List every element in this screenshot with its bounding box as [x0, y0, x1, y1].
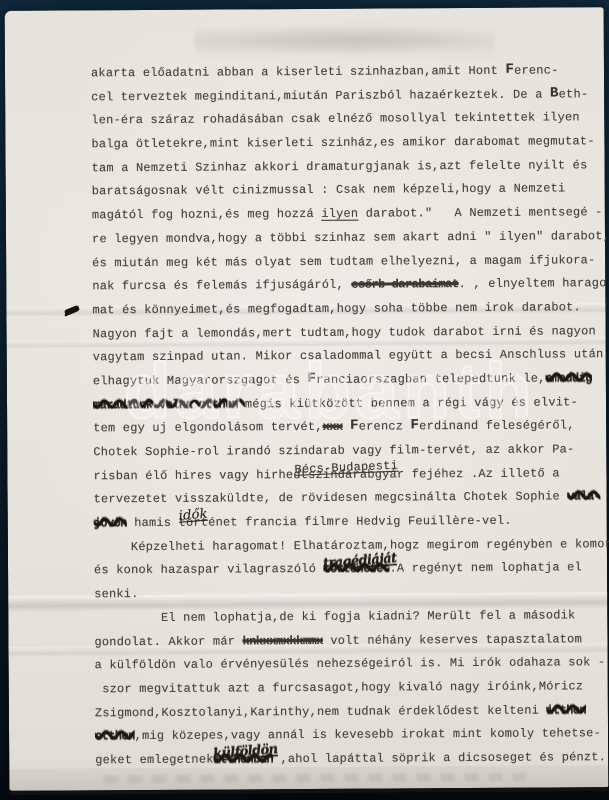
text-segment: Nagyon fajt a lemondás,mert tudtam,hogy …	[93, 324, 596, 341]
text-segment: baratságosnak vélt cinizmussal : Csak ne…	[92, 182, 566, 199]
typed-struck-text: esőrb darabaimat	[351, 277, 458, 292]
text-segment	[343, 420, 350, 434]
text-segment: El nem lophatja,de ki fogja kiadni? Merü…	[94, 608, 575, 625]
typed-insertion: Bécs-Budapesti	[294, 459, 398, 475]
text-segment: nak furcsa és felemás ifjuságáról,	[92, 278, 351, 294]
text-segment: elhagytuk Magyarorszgagot és	[93, 373, 308, 388]
typed-line: nak furcsa és felemás ifjuságáról, esőrb…	[92, 272, 605, 299]
text-segment: tam a Nemzeti Szinhaz akkori dramaturgja…	[92, 158, 588, 175]
text-segment: erenc-	[514, 63, 559, 77]
text-segment: szor megvitattuk azt a furcsasagot,hogy …	[95, 679, 584, 696]
typed-line: a külföldön valo érvényesülés nehezségei…	[95, 651, 608, 678]
typed-line: elhagytuk Magyarorszgagot és Franciaorsz…	[93, 367, 606, 394]
typed-line: re legyen mondva,hogy a többi szinhaz se…	[92, 225, 605, 252]
typed-lines: akarta előadatni abban a kiserleti szinh…	[91, 59, 608, 773]
text-segment: eth-	[559, 87, 589, 101]
typed-line: jövőn hamis történet francia filmre Hedv…	[94, 509, 607, 536]
text-segment: ilyen	[321, 207, 358, 221]
ink-bleed-ghost-top	[195, 20, 495, 62]
text-segment: magától fog hozni,és meg hozzá	[92, 207, 322, 222]
text-segment: tervezetet visszaküldte, de rövidesen me…	[94, 490, 568, 507]
text-segment: geket emlegetnek	[95, 753, 214, 768]
text-segment: ranciaorszagban telepedtunk le,	[316, 371, 546, 386]
text-segment: mégis kiütközött bennem a régi vágy és e…	[245, 395, 578, 411]
typed-line: geket emlegetnekitthonbankülföldön ,ahol…	[95, 746, 608, 773]
text-segment: .A regényt nem lophatja el	[389, 561, 582, 576]
text-segment: volt néhány keserves tapasztalatom	[323, 632, 582, 648]
typed-line: len-éra száraz rohadásában csak elnéző m…	[91, 107, 604, 134]
text-segment: és konok hazaspar vilagraszóló	[94, 562, 324, 577]
pen-struck-text: otthon	[95, 729, 135, 743]
text-segment: senki.	[94, 587, 139, 601]
typed-line: vagytam szinpad utan. Mikor csaladommal …	[93, 343, 606, 370]
handwritten-insertion: tragédiáját	[323, 553, 397, 571]
typed-line: magától fog hozni,és meg hozzá ilyen dar…	[92, 201, 605, 228]
text-segment: F	[505, 62, 514, 78]
typed-line: otthon,mig közepes,vagy annál is keveseb…	[95, 722, 608, 749]
typed-line: és konok hazaspar vilagraszóló történeté…	[94, 557, 607, 584]
text-segment: és miután meg két más olyat sem tudtam e…	[92, 253, 595, 270]
typed-line: cel terveztek meginditani,miután Pariszb…	[91, 83, 604, 110]
text-segment: Zsigmond,Kosztolanyi,Karinthy,nem tudnak…	[95, 703, 547, 720]
text-segment: hamis	[127, 516, 179, 530]
typed-line: mat és könnyeimet,és megfogadtam,hogy so…	[92, 296, 605, 323]
text-segment: F	[350, 418, 359, 434]
pen-struck-text: történetéttragédiáját	[323, 562, 389, 576]
typed-struck-text: xxx	[323, 420, 343, 434]
text-segment: Képzelheti haragomat! Elhatároztam,hogz …	[94, 537, 609, 554]
typed-line: senki.	[94, 580, 607, 607]
typed-line: szor megvitattuk azt a furcsasagot,hogy …	[95, 675, 608, 702]
text-segment: balga ötletekre,mint kiserleti szinház,e…	[91, 134, 594, 151]
text-segment: darabot." A Nemzeti mentsegé -	[358, 205, 602, 220]
text-segment: risban élő hires vagy hirhedt	[93, 468, 308, 483]
typed-line: balga ötletekre,mint kiserleti szinház,e…	[91, 130, 604, 157]
typed-line: El nem lophatja,de ki fogja kiadni? Merü…	[94, 604, 607, 631]
typed-line: akarta előadatni abban a kiserleti szinh…	[91, 59, 604, 86]
text-segment: történet francia filmre Hedvig Feuillère…	[179, 514, 512, 530]
ink-bleed-ghost-bottom	[104, 773, 534, 784]
text-segment: akarta előadatni abban a kiserleti szinh…	[91, 64, 506, 81]
pen-struck-text: itthon	[546, 703, 586, 717]
pen-struck-text: jövőn	[94, 516, 127, 530]
paper-sheet: akarta előadatni abban a kiserleti szinh…	[5, 7, 609, 791]
text-segment: szindarabgyár fejéhez .Az illető aBécs-B…	[308, 466, 560, 482]
text-segment: ,mig közepes,vagy annál is kevesebb irok…	[135, 726, 601, 743]
text-segment: gondolat. Akkor már	[94, 634, 242, 649]
text-segment: F	[410, 418, 419, 434]
typed-line: risban élő hires vagy hirhedtszindarabgy…	[93, 462, 606, 489]
text-segment: a külföldön valo érvényesülés nehezségei…	[95, 655, 606, 672]
margin-pen-mark	[64, 305, 80, 316]
text-segment: mat és könnyeimet,és megfogadtam,hogy so…	[92, 300, 581, 317]
pen-struck-text: maradtunk volna otthon	[93, 397, 245, 412]
typed-line: gondolat. Akkor már knkxxmxkkmmx volt né…	[94, 628, 607, 655]
text-segment: erdinand feleségéről,	[419, 419, 575, 434]
handwritten-insertion: idők	[178, 509, 208, 523]
text-segment: re legyen mondva,hogy a többi szinhaz se…	[92, 229, 609, 246]
typed-line: tervezetet visszaküldte, de rövidesen me…	[94, 486, 607, 513]
typed-struck-text: knkxxmxkkmmx	[242, 633, 323, 647]
text-segment: ,ahol lapáttal söprik a dicsoseget és pé…	[273, 750, 606, 766]
typed-line: és miután meg két más olyat sem tudtam e…	[92, 249, 605, 276]
typed-line: Zsigmond,Kosztolanyi,Karinthy,nem tudnak…	[95, 699, 608, 726]
text-segment: cel terveztek meginditani,miután Pariszb…	[91, 87, 550, 104]
text-segment: erencz	[359, 420, 411, 434]
handwritten-insertion: külföldön	[213, 744, 278, 761]
text-segment: tem egy uj elgondolásom tervét,	[93, 420, 323, 435]
text-segment: vagytam szinpad utan. Mikor csaladommal …	[93, 347, 604, 364]
text-segment: len-éra száraz rohadásában csak elnéző m…	[91, 111, 580, 128]
text-segment: Chotek Sophie-rol irandó szindarab vagy …	[93, 442, 574, 459]
typed-line: baratságosnak vélt cinizmussal : Csak ne…	[92, 178, 605, 205]
typed-line: Nagyon fajt a lemondás,mert tudtam,hogy …	[93, 320, 606, 347]
typed-line: tem egy uj elgondolásom tervét,xxx Feren…	[93, 414, 606, 441]
pen-struck-text: vala-	[567, 490, 600, 504]
pen-struck-text: itthonbankülföldön	[214, 752, 274, 766]
typed-line: tam a Nemzeti Szinhaz akkori dramaturgja…	[92, 154, 605, 181]
scan-background: akarta előadatni abban a kiserleti szinh…	[0, 0, 609, 800]
typed-line: maradtunk volna otthon mégis kiütközött …	[93, 391, 606, 418]
pen-struck-text: ameddig	[546, 371, 592, 385]
text-segment: . , elnyeltem harago-	[459, 276, 609, 291]
